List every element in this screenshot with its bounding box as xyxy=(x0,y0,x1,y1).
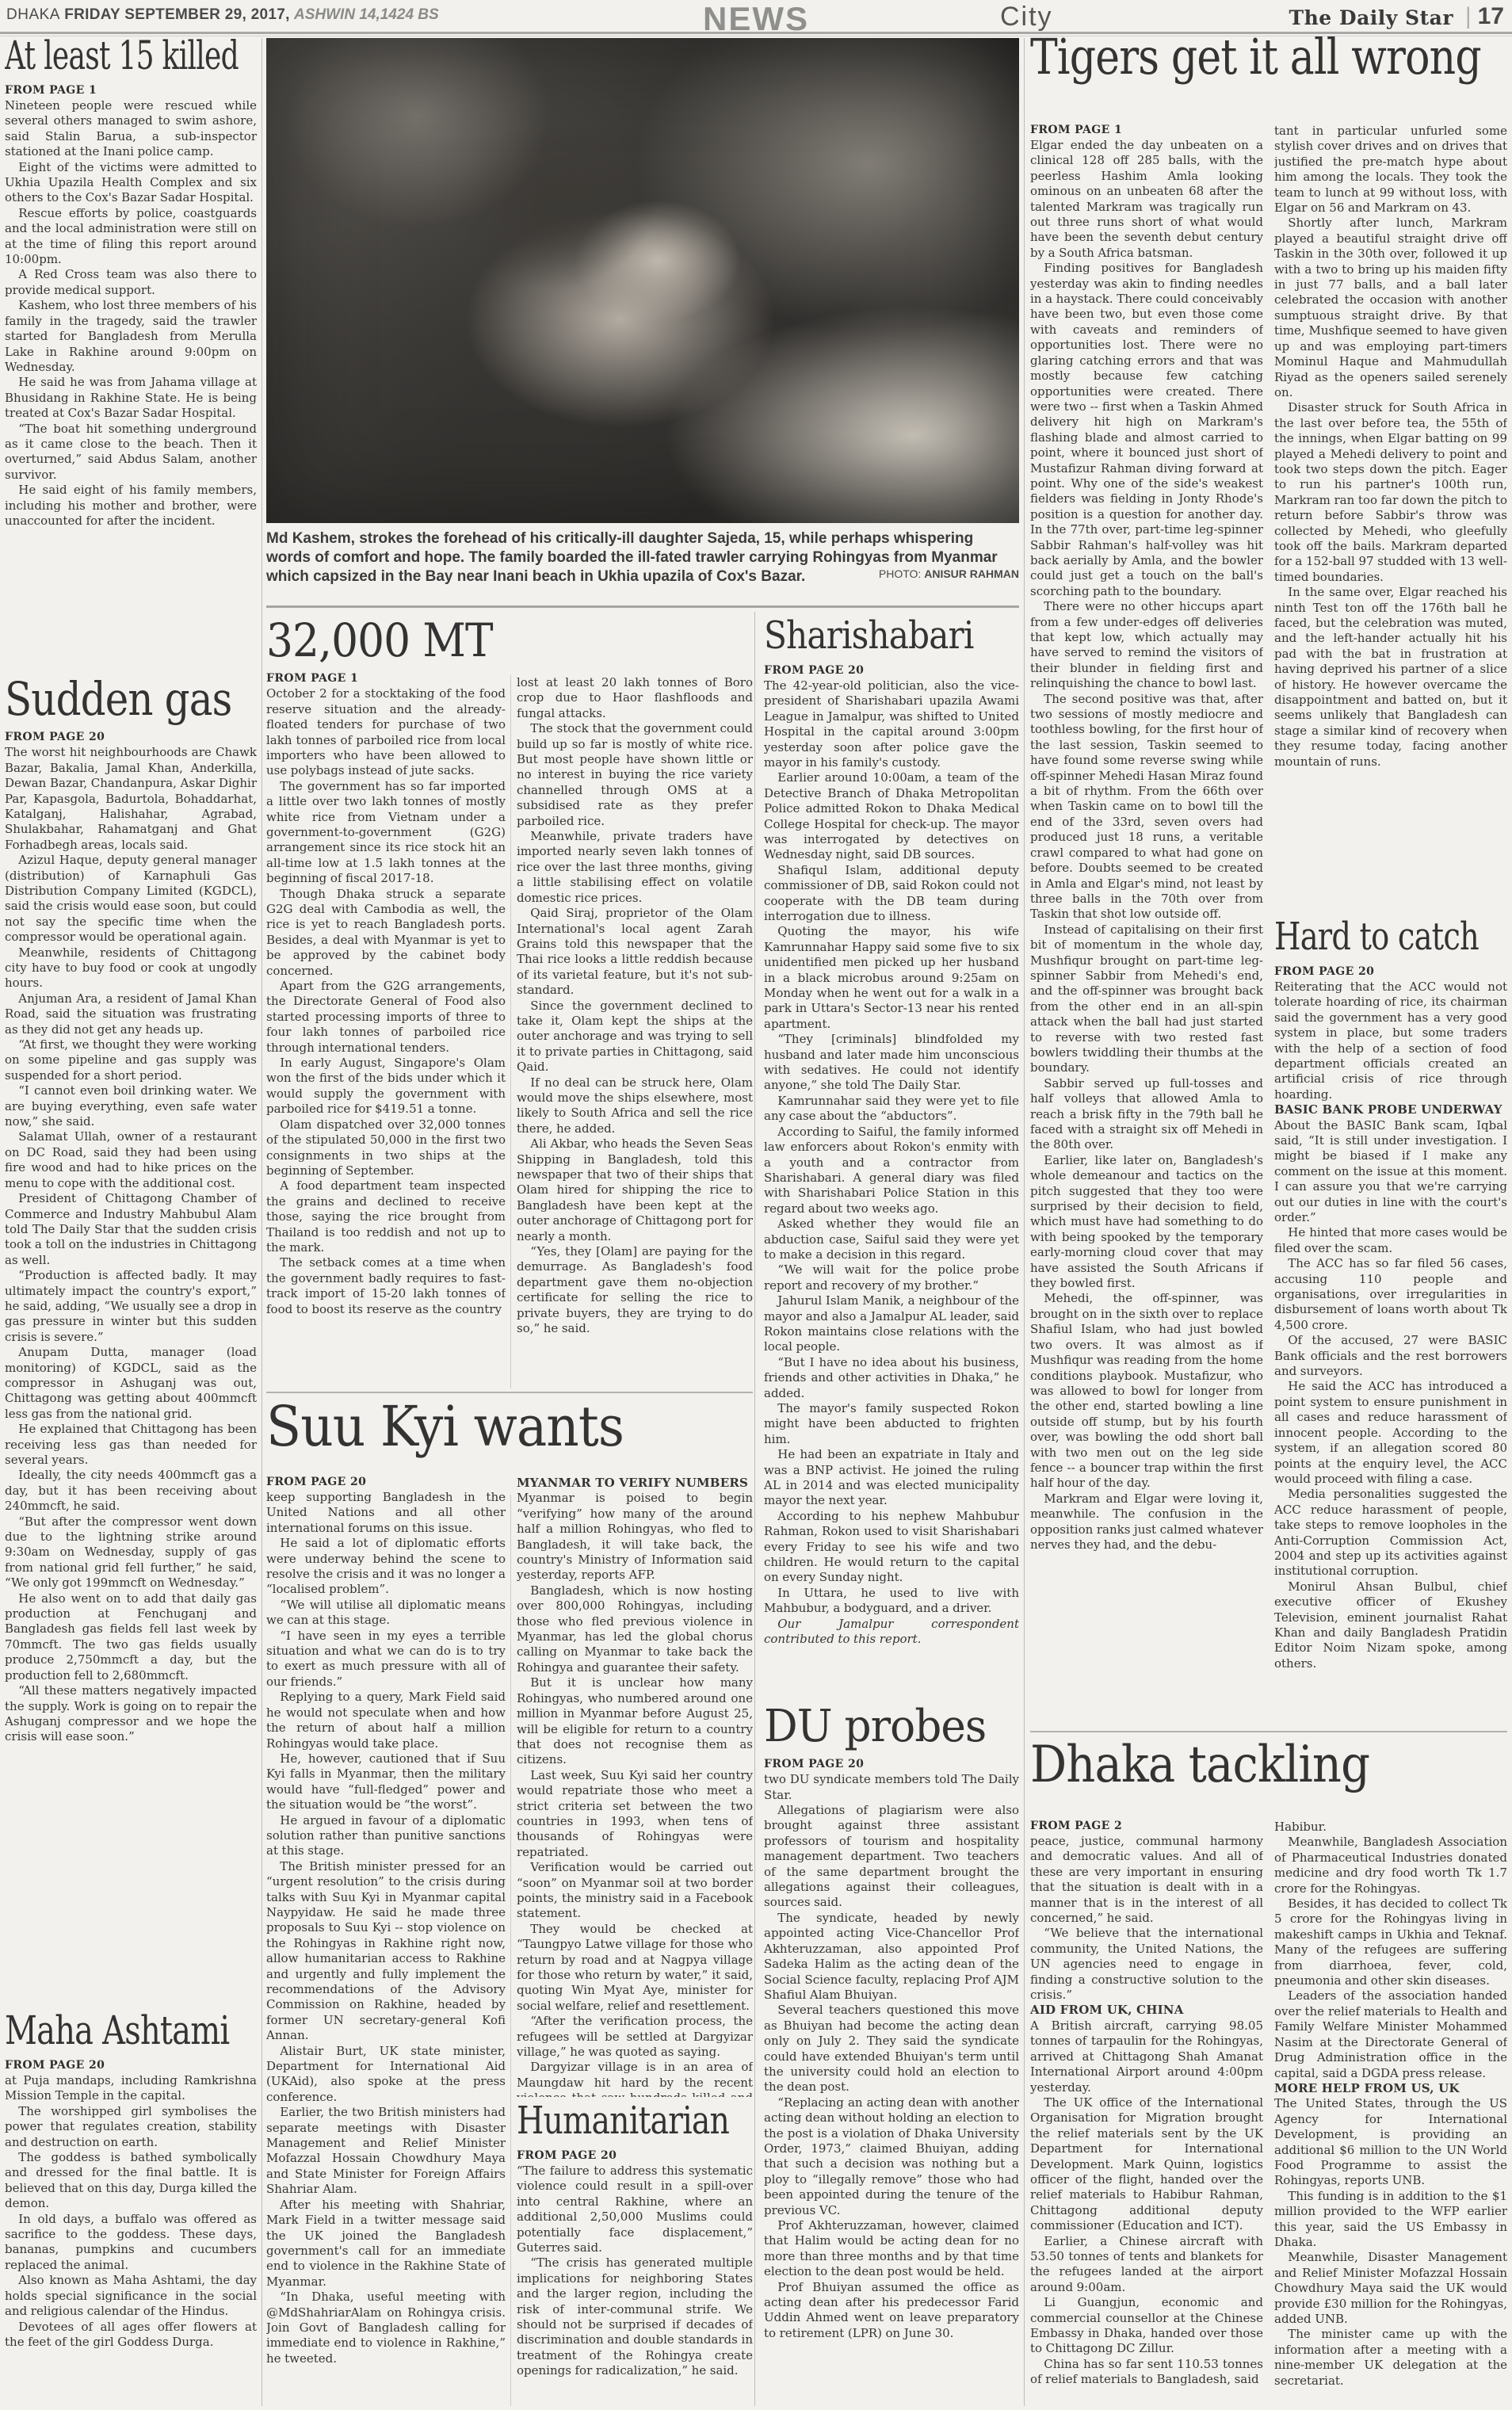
paragraph: Eight of the victims were admitted to Uk… xyxy=(5,160,257,206)
dhaka-body-col2: Habibur.Meanwhile, Bangladesh Associatio… xyxy=(1274,1820,1507,2389)
article-sharishabari: Sharishabari FROM PAGE 20 The 42-year-ol… xyxy=(764,617,1019,1699)
paragraph: Azizul Haque, deputy general manager (di… xyxy=(5,853,257,945)
paragraph: He had been an expatriate in Italy and w… xyxy=(764,1447,1019,1509)
paragraph: In old days, a buffalo was offered as sa… xyxy=(5,2212,257,2274)
paragraph: Several teachers questioned this move as… xyxy=(764,2003,1019,2095)
paragraph: Shortly after lunch, Markram played a be… xyxy=(1274,216,1507,400)
paragraph: peace, justice, communal harmony and dem… xyxy=(1030,1834,1263,1926)
paragraph: They would be checked at “Taungpyo Latwe… xyxy=(517,1922,753,2014)
from-page-label: FROM PAGE 20 xyxy=(5,2059,257,2072)
paragraph: Disaster struck for South Africa in the … xyxy=(1274,400,1507,585)
suu-kyi-body-col2: MYANMAR TO VERIFY NUMBERSMyanmar is pois… xyxy=(517,1476,753,2097)
paragraph: The minister came up with the informatio… xyxy=(1274,2327,1507,2389)
paragraph: The UK office of the International Organ… xyxy=(1030,2095,1263,2234)
paragraph: Prof Akhteruzzaman, however, claimed tha… xyxy=(764,2218,1019,2280)
from-page-label: FROM PAGE 1 xyxy=(5,84,257,97)
paragraph: Quoting the mayor, his wife Kamrunnahar … xyxy=(764,924,1019,1032)
paragraph: “The boat hit something underground as i… xyxy=(5,422,257,483)
paragraph: The British minister pressed for an “urg… xyxy=(266,1859,506,2044)
paragraph: “We believe that the international commu… xyxy=(1030,1926,1263,2003)
from-page-label: FROM PAGE 20 xyxy=(764,1758,1019,1770)
paragraph: The United States, through the US Agency… xyxy=(1274,2096,1507,2188)
paragraph: The setback comes at a time when the gov… xyxy=(266,1255,506,1317)
from-page-label: FROM PAGE 20 xyxy=(5,731,257,743)
article-32000-mt-col2: lost at least 20 lakh tonnes of Boro cro… xyxy=(517,675,753,1388)
paragraph: Prof Bhuiyan assumed the office as actin… xyxy=(764,2280,1019,2342)
article-du-probes: DU probes FROM PAGE 20 two DU syndicate … xyxy=(764,1704,1019,2406)
paragraph: The second positive was that, after two … xyxy=(1030,692,1263,922)
paragraph: Meanwhile, Disaster Management and Relie… xyxy=(1274,2250,1507,2327)
page-number: |17 xyxy=(1465,3,1504,30)
paragraph: Ali Akbar, who heads the Seven Seas Ship… xyxy=(517,1136,753,1244)
suu-kyi-body-col1: keep supporting Bangladesh in the United… xyxy=(266,1490,506,2366)
paragraph: Qaid Siraj, proprietor of the Olam Inter… xyxy=(517,906,753,998)
paragraph: In the same over, Elgar reached his nint… xyxy=(1274,585,1507,770)
paragraph: Anupam Dutta, manager (load monitoring) … xyxy=(5,1345,257,1422)
paragraph: About the BASIC Bank scam, Iqbal said, “… xyxy=(1274,1118,1507,1226)
column-rule-mid-a xyxy=(510,675,511,1388)
tigers-headline-block: Tigers get it all wrong xyxy=(1030,32,1512,120)
humanitarian-headline: Humanitarian xyxy=(517,2102,710,2141)
paragraph: “We will wait for the police probe repor… xyxy=(764,1262,1019,1293)
paragraph: In Uttara, he used to live with Mahbubur… xyxy=(764,1586,1019,1617)
article-32000-mt-col1: 32,000 MT FROM PAGE 1 October 2 for a st… xyxy=(266,617,506,1388)
paragraph: The ACC has so far filed 56 cases, accus… xyxy=(1274,1256,1507,1333)
paragraph: Though Dhaka struck a separate G2G deal … xyxy=(266,887,506,979)
killed-body: Nineteen people were rescued while sever… xyxy=(5,98,257,529)
dhaka-divider-rule xyxy=(1030,1731,1507,1732)
mt-headline: 32,000 MT xyxy=(266,617,487,664)
article-humanitarian: Humanitarian FROM PAGE 20 “The failure t… xyxy=(517,2102,753,2406)
paragraph: If no deal can be struck here, Olam woul… xyxy=(517,1075,753,1137)
article-sudden-gas: Sudden gas FROM PAGE 20 The worst hit ne… xyxy=(5,675,257,2005)
paragraph: A food department team inspected the gra… xyxy=(266,1178,506,1255)
paragraph: Earlier, a Chinese aircraft with 53.50 t… xyxy=(1030,2234,1263,2296)
paragraph: Ideally, the city needs 400mmcft gas a d… xyxy=(5,1468,257,1514)
paragraph: “But I have no idea about his business, … xyxy=(764,1355,1019,1401)
paragraph: Since the government declined to take it… xyxy=(517,999,753,1075)
sub-headline: MYANMAR TO VERIFY NUMBERS xyxy=(517,1476,753,1491)
article-tigers-col1: FROM PAGE 1 Elgar ended the day unbeaten… xyxy=(1030,124,1263,1715)
paragraph: Earlier, like later on, Bangladesh's who… xyxy=(1030,1153,1263,1292)
paragraph: Leaders of the association handed over t… xyxy=(1274,1988,1507,2080)
paragraph: He hinted that more cases would be filed… xyxy=(1274,1225,1507,1256)
paragraph: Allegations of plagiarism were also brou… xyxy=(764,1803,1019,1911)
paragraph: Anjuman Ara, a resident of Jamal Khan Ro… xyxy=(5,991,257,1037)
paragraph: “Production is affected badly. It may ul… xyxy=(5,1268,257,1345)
photo-credit-label: PHOTO: xyxy=(879,567,921,580)
paragraph: This funding is in addition to the $1 mi… xyxy=(1274,2189,1507,2251)
paragraph: Instead of capitalising on their first b… xyxy=(1030,922,1263,1076)
edition-label: City xyxy=(1000,2,1053,32)
sharishabari-body: The 42-year-old politician, also the vic… xyxy=(764,678,1019,1648)
paragraph: Verification would be carried out “soon”… xyxy=(517,1860,753,1922)
photo-credit: PHOTO: ANISUR RAHMAN xyxy=(266,567,1019,580)
from-page-label: FROM PAGE 20 xyxy=(1274,965,1507,978)
paragraph: But it is unclear how many Rohingyas, wh… xyxy=(517,1675,753,1767)
paragraph: Devotees of all ages offer flowers at th… xyxy=(5,2320,257,2351)
from-page-label: FROM PAGE 20 xyxy=(517,2149,753,2162)
mt-suu-divider-rule xyxy=(266,1392,753,1393)
pipe-divider: | xyxy=(1465,3,1472,29)
from-page-label: FROM PAGE 1 xyxy=(1030,124,1263,136)
paragraph: Media personalities suggested the ACC re… xyxy=(1274,1487,1507,1579)
paragraph: The worshipped girl symbolises the power… xyxy=(5,2104,257,2150)
paragraph: Habibur. xyxy=(1274,1820,1507,1835)
column-rule-mid xyxy=(754,612,755,2406)
from-page-label: FROM PAGE 20 xyxy=(764,664,1019,677)
paragraph: Earlier around 10:00am, a team of the De… xyxy=(764,770,1019,862)
paragraph: He also went on to add that daily gas pr… xyxy=(5,1591,257,1683)
tigers-headline: Tigers get it all wrong xyxy=(1030,32,1435,82)
paragraph: Also known as Maha Ashtami, the day hold… xyxy=(5,2273,257,2319)
paragraph: Replying to a query, Mark Field said he … xyxy=(266,1690,506,1751)
paragraph: at Puja mandaps, including Ramkrishna Mi… xyxy=(5,2073,257,2104)
article-suu-kyi-col2: MYANMAR TO VERIFY NUMBERSMyanmar is pois… xyxy=(517,1476,753,2097)
paragraph: The syndicate, headed by newly appointed… xyxy=(764,1911,1019,2003)
paragraph: lost at least 20 lakh tonnes of Boro cro… xyxy=(517,675,753,721)
paragraph: Finding positives for Bangladesh yesterd… xyxy=(1030,261,1263,599)
paragraph: Meanwhile, Bangladesh Association of Pha… xyxy=(1274,1835,1507,1896)
dhaka-body-col1: peace, justice, communal harmony and dem… xyxy=(1030,1834,1263,2388)
sub-headline: AID FROM UK, CHINA xyxy=(1030,2003,1263,2018)
dhaka-headline-block: Dhaka tackling xyxy=(1030,1739,1512,1818)
paragraph: The government has so far imported a lit… xyxy=(266,779,506,887)
paragraph: Olam dispatched over 32,000 tonnes of th… xyxy=(266,1117,506,1179)
paragraph: The goddess is bathed symbolically and d… xyxy=(5,2150,257,2212)
mt-body-col1: October 2 for a stocktaking of the food … xyxy=(266,686,506,1317)
paragraph: The worst hit neighbourhoods are Chawk B… xyxy=(5,745,257,853)
paragraph: A British aircraft, carrying 98.05 tonne… xyxy=(1030,2019,1263,2095)
paragraph: “The failure to address this systematic … xyxy=(517,2164,753,2255)
du-probes-headline: DU probes xyxy=(764,1704,1006,1750)
correspondent-note: Our Jamalpur correspondent contributed t… xyxy=(764,1617,1019,1648)
paragraph: Bangladesh, which is now hosting over 80… xyxy=(517,1583,753,1675)
paragraph: Monirul Ahsan Bulbul, chief executive of… xyxy=(1274,1579,1507,1671)
dhaka-tackling-headline: Dhaka tackling xyxy=(1030,1739,1464,1792)
paragraph: Dargyizar village is in an area of Maung… xyxy=(517,2060,753,2097)
paragraph: October 2 for a stocktaking of the food … xyxy=(266,686,506,778)
paragraph: He, however, cautioned that if Suu Kyi f… xyxy=(266,1751,506,1813)
paragraph: Earlier, the two British ministers had s… xyxy=(266,2105,506,2197)
paragraph: Nineteen people were rescued while sever… xyxy=(5,98,257,160)
paragraph: After his meeting with Shahriar, Mark Fi… xyxy=(266,2198,506,2290)
suu-kyi-headline-block: Suu Kyi wants xyxy=(266,1398,753,1474)
paragraph: A Red Cross team was also there to provi… xyxy=(5,267,257,298)
paragraph: China has so far sent 110.53 tonnes of r… xyxy=(1030,2357,1263,2388)
paragraph: Meanwhile, residents of Chittagong city … xyxy=(5,945,257,991)
column-rule-mid-b xyxy=(510,1495,511,2406)
tigers-body-col1: Elgar ended the day unbeaten on a clinic… xyxy=(1030,138,1263,1553)
paragraph: Li Guangjun, economic and commercial cou… xyxy=(1030,2295,1263,2357)
paragraph: Asked whether they would file an abducti… xyxy=(764,1216,1019,1262)
paragraph: “At first, we thought they were working … xyxy=(5,1037,257,1083)
sub-headline: BASIC BANK PROBE UNDERWAY xyxy=(1274,1102,1507,1117)
sharishabari-headline: Sharishabari xyxy=(764,617,988,656)
sub-headline: MORE HELP FROM US, UK xyxy=(1274,2081,1507,2096)
from-page-label: FROM PAGE 2 xyxy=(1030,1820,1263,1832)
paragraph: He explained that Chittagong has been re… xyxy=(5,1422,257,1468)
paragraph: Mehedi, the off-spinner, was brought on … xyxy=(1030,1291,1263,1491)
paragraph: Elgar ended the day unbeaten on a clinic… xyxy=(1030,138,1263,261)
paragraph: Of the accused, 27 were BASIC Bank offic… xyxy=(1274,1333,1507,1379)
paragraph: The 42-year-old politician, also the vic… xyxy=(764,678,1019,770)
killed-headline: At least 15 killed xyxy=(5,35,186,76)
article-suu-kyi-col1: FROM PAGE 20 keep supporting Bangladesh … xyxy=(266,1476,506,2406)
hard-to-catch-body: Reiterating that the ACC would not toler… xyxy=(1274,980,1507,1671)
paragraph: Alistair Burt, UK state minister, Depart… xyxy=(266,2044,506,2106)
maha-ashtami-body: at Puja mandaps, including Ramkrishna Mi… xyxy=(5,2073,257,2350)
maha-ashtami-headline: Maha Ashtami xyxy=(5,2010,206,2051)
paragraph: There were no other hiccups apart from a… xyxy=(1030,599,1263,691)
paragraph: Jahurul Islam Manik, a neighbour of the … xyxy=(764,1293,1019,1355)
from-page-label: FROM PAGE 20 xyxy=(266,1476,506,1488)
paragraph: “Yes, they [Olam] are paying for the dem… xyxy=(517,1244,753,1336)
paragraph: According to Saiful, the family informed… xyxy=(764,1125,1019,1216)
paragraph: Kamrunnahar said they were yet to file a… xyxy=(764,1094,1019,1125)
paragraph: He argued in favour of a diplomatic solu… xyxy=(266,1813,506,1859)
paragraph: “I have seen in my eyes a terrible situa… xyxy=(266,1629,506,1690)
humanitarian-body: “The failure to address this systematic … xyxy=(517,2164,753,2379)
mt-body-col2: lost at least 20 lakh tonnes of Boro cro… xyxy=(517,675,753,1336)
paragraph: Last week, Suu Kyi said her country woul… xyxy=(517,1768,753,1860)
article-at-least-15-killed: At least 15 killed FROM PAGE 1 Nineteen … xyxy=(5,35,257,672)
paragraph: He said a lot of diplomatic efforts were… xyxy=(266,1536,506,1598)
news-photo xyxy=(266,38,1019,523)
article-hard-to-catch: Hard to catch FROM PAGE 20 Reiterating t… xyxy=(1274,918,1507,1715)
paragraph: According to his nephew Mahbubur Rahman,… xyxy=(764,1509,1019,1586)
hard-to-catch-headline: Hard to catch xyxy=(1274,918,1460,957)
sudden-gas-headline: Sudden gas xyxy=(5,675,221,723)
photo-section-rule xyxy=(266,605,1019,608)
dateline: DHAKA FRIDAY SEPTEMBER 29, 2017, ASHWIN … xyxy=(6,6,439,24)
du-probes-body: two DU syndicate members told The Daily … xyxy=(764,1772,1019,2341)
dateline-alt-calendar: ASHWIN 14,1424 BS xyxy=(294,6,439,23)
paragraph: Reiterating that the ACC would not toler… xyxy=(1274,980,1507,1102)
article-dhaka-col2: Habibur.Meanwhile, Bangladesh Associatio… xyxy=(1274,1820,1507,2406)
newspaper-page: DHAKA FRIDAY SEPTEMBER 29, 2017, ASHWIN … xyxy=(0,0,1512,2410)
paragraph: tant in particular unfurled some stylish… xyxy=(1274,124,1507,216)
paragraph: “In Dhaka, useful meeting with @MdShahri… xyxy=(266,2290,506,2366)
column-rule-right xyxy=(1024,38,1025,2406)
paragraph: “All these matters negatively impacted t… xyxy=(5,1683,257,1745)
paragraph: keep supporting Bangladesh in the United… xyxy=(266,1490,506,1536)
paragraph: The mayor's family suspected Rokon might… xyxy=(764,1401,1019,1447)
paragraph: Myanmar is poised to begin “verifying” h… xyxy=(517,1491,753,1583)
suu-kyi-headline: Suu Kyi wants xyxy=(266,1398,714,1456)
column-rule-left xyxy=(262,38,262,2406)
paragraph: “The crisis has generated multiple impli… xyxy=(517,2255,753,2378)
tigers-body-col2: tant in particular unfurled some stylish… xyxy=(1274,124,1507,770)
paragraph: In early August, Singapore's Olam won th… xyxy=(266,1056,506,1117)
paragraph: “Replacing an acting dean with another a… xyxy=(764,2095,1019,2218)
paragraph: He said eight of his family members, inc… xyxy=(5,483,257,529)
paragraph: “We will utilise all diplomatic means we… xyxy=(266,1598,506,1629)
photo-credit-name: ANISUR RAHMAN xyxy=(924,567,1019,580)
article-tigers-col2: tant in particular unfurled some stylish… xyxy=(1274,124,1507,908)
from-page-label: FROM PAGE 1 xyxy=(266,672,506,685)
masthead-logo: The Daily Star xyxy=(1289,6,1453,29)
dateline-city: DHAKA xyxy=(6,6,60,23)
dateline-date: FRIDAY SEPTEMBER 29, 2017, xyxy=(64,6,289,23)
sudden-gas-body: The worst hit neighbourhoods are Chawk B… xyxy=(5,745,257,1744)
paragraph: President of Chittagong Chamber of Comme… xyxy=(5,1191,257,1268)
paragraph: Kashem, who lost three members of his fa… xyxy=(5,298,257,375)
paragraph: Shafiqul Islam, additional deputy commis… xyxy=(764,863,1019,925)
paragraph: He said he was from Jahama village at Bh… xyxy=(5,375,257,421)
article-dhaka-col1: FROM PAGE 2 peace, justice, communal har… xyxy=(1030,1820,1263,2406)
paragraph: Salamat Ullah, owner of a restaurant on … xyxy=(5,1129,257,1191)
paragraph: two DU syndicate members told The Daily … xyxy=(764,1772,1019,1803)
article-maha-ashtami: Maha Ashtami FROM PAGE 20 at Puja mandap… xyxy=(5,2010,257,2406)
paragraph: “But after the compressor went down due … xyxy=(5,1514,257,1591)
paragraph: Besides, it has decided to collect Tk 5 … xyxy=(1274,1896,1507,1988)
paragraph: “They [criminals] blindfolded my husband… xyxy=(764,1032,1019,1094)
paragraph: Apart from the G2G arrangements, the Dir… xyxy=(266,979,506,1056)
paragraph: The stock that the government could buil… xyxy=(517,721,753,829)
paragraph: Sabbir served up full-tosses and half vo… xyxy=(1030,1076,1263,1153)
paragraph: He said the ACC has introduced a point s… xyxy=(1274,1379,1507,1487)
paragraph: “I cannot even boil drinking water. We a… xyxy=(5,1083,257,1129)
paragraph: “After the verification process, the ref… xyxy=(517,2014,753,2060)
paragraph: Meanwhile, private traders have imported… xyxy=(517,829,753,906)
paragraph: Rescue efforts by police, coastguards an… xyxy=(5,206,257,268)
paragraph: Markram and Elgar were loving it, meanwh… xyxy=(1030,1491,1263,1553)
